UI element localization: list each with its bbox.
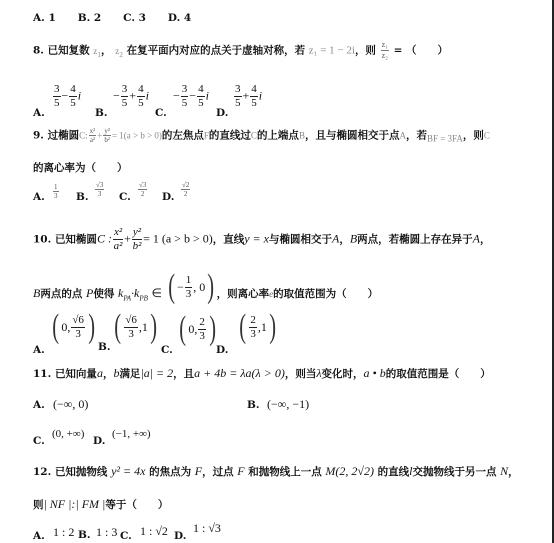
- q11-abs: |a| = 2: [140, 366, 173, 380]
- q8-fraction: z₁ z₂: [381, 40, 389, 61]
- q9-text4: 的上端点: [257, 130, 299, 142]
- q12-ratio: | NF |:| FM |: [44, 497, 106, 511]
- q9-option-d-label: D.: [162, 191, 174, 203]
- q8-z1: z1: [93, 46, 101, 56]
- q12-option-d-label: D.: [174, 530, 186, 542]
- q8-stem: 8. 已知复数 z1， z2 在复平面内对应的点关于虚轴对称，若 z₁ = 1 …: [33, 40, 448, 61]
- q12-N: N: [500, 464, 508, 478]
- q8-option-c-value: −35−45i: [173, 83, 209, 110]
- q9-vector-condition: BF = 3FA: [427, 134, 463, 144]
- q9-option-b-value: √33: [94, 181, 105, 198]
- q12-text9: 等于（ ）: [105, 499, 168, 511]
- q9-option-c-value: √32: [137, 181, 148, 198]
- q10-option-d-label: D.: [216, 344, 228, 356]
- q8-z2: z2: [115, 46, 123, 56]
- q9-text: 过椭圆: [48, 130, 80, 142]
- q8-blank: = （ ）: [394, 45, 448, 57]
- q12-number: 12.: [33, 466, 51, 478]
- q7-option-c: C. 3: [123, 12, 146, 24]
- q10-text2: ，直线: [213, 234, 245, 246]
- q10-eq: = 1 (a > b > 0): [143, 232, 213, 246]
- q12-M: M(2, 2√2): [325, 464, 374, 478]
- q10-text: 已知椭圆: [55, 234, 97, 246]
- q12-text4: 和抛物线上一点: [248, 466, 322, 478]
- q10-A2: A: [473, 232, 480, 246]
- q11-text6: 的取值范围是（ ）: [386, 368, 491, 380]
- q11-text2: 满足: [119, 368, 140, 380]
- q10-text5: 两点的点: [40, 288, 82, 300]
- q10-comma: ，: [339, 234, 350, 246]
- q8-text2: 在复平面内对应的点关于虚轴对称，若: [127, 45, 306, 57]
- q9-y-frac: y²b²: [103, 127, 111, 144]
- q10-text6: 使得: [93, 288, 114, 300]
- q8-number: 8.: [33, 45, 44, 57]
- q11-option-b-label: B.: [247, 399, 260, 411]
- q12-option-b-label: B.: [78, 529, 91, 541]
- q10-ellipse: C :: [97, 232, 112, 246]
- q12-option-a-value: 1 : 2: [53, 525, 74, 540]
- q11-number: 11.: [33, 368, 51, 380]
- q10-option-c-label: C.: [161, 344, 173, 356]
- q9-option-b-label: B.: [76, 191, 89, 203]
- q8-option-b-label: B.: [95, 107, 108, 119]
- q10-text8: 的取值范围为（ ）: [273, 288, 378, 300]
- q8-option-b-value: −35+45i: [113, 83, 149, 110]
- q8-option-c-label: C.: [155, 107, 167, 119]
- q11-option-a-label: A.: [33, 399, 45, 411]
- q9-option-a-value: 13: [52, 183, 60, 200]
- q8-option-d-label: D.: [216, 107, 228, 119]
- q11-comma: ，: [103, 368, 114, 380]
- q9-number: 9.: [33, 130, 44, 142]
- q9-stem: 9. 过椭圆C:x²a²+y²b²= 1(a > b > 0)的左焦点F的直线过…: [33, 127, 490, 144]
- q12-stem-line2: 则| NF |:| FM |等于（ ）: [33, 497, 168, 512]
- q12-text7: ，: [508, 466, 519, 478]
- q12-stem: 12. 已知抛物线 y² = 4x 的焦点为 F，过点 F 和抛物线上一点 M(…: [33, 464, 519, 479]
- q8-frac-den: z₂: [382, 51, 388, 61]
- q10-x-frac: x²a²: [113, 226, 123, 253]
- q11-option-d-value: (−1, +∞): [112, 428, 151, 440]
- q12-text3: ，过点: [202, 466, 234, 478]
- q12-option-b-value: 1 : 3: [96, 525, 117, 540]
- q11-option-b-value: (−∞, −1): [267, 397, 309, 412]
- q12-parabola: y² = 4x: [111, 464, 145, 478]
- q10-in: ∈: [152, 286, 162, 300]
- q11-stem: 11. 已知向量a，b满足|a| = 2，且a + 4b = λa(λ > 0)…: [33, 366, 491, 381]
- q9-ellipse: C:: [79, 131, 88, 141]
- q11-text5: 变化时，: [322, 368, 364, 380]
- q11-text3: ，且: [173, 368, 194, 380]
- q11-eq: a + 4b = λa(λ > 0): [194, 366, 285, 380]
- q12-text6: 交抛物线于另一点: [413, 466, 497, 478]
- q12-text5: 的直线: [378, 466, 410, 478]
- q11-option-c-value: (0, +∞): [52, 428, 84, 440]
- q7-option-b: B. 2: [78, 12, 102, 24]
- q8-condition: z₁ = 1 − 2i: [309, 45, 355, 57]
- q11-option-d-label: D.: [93, 435, 105, 447]
- q7-options: A. 1 B. 2 C. 3 D. 4: [33, 12, 191, 24]
- q9-option-d-value: √22: [180, 181, 191, 198]
- q10-option-a-value: (0,√63): [50, 312, 97, 342]
- q9-C2: C: [484, 131, 490, 141]
- q12-F2: F: [237, 464, 244, 478]
- q10-slope-product: kPA·kPB: [118, 286, 148, 300]
- q12-option-c-label: C.: [120, 530, 132, 542]
- q10-number: 10.: [33, 234, 51, 246]
- q9-stem-line2: 的离心率为（ ）: [33, 160, 128, 175]
- q10-option-d-value: (23,1): [237, 312, 278, 342]
- q11-text: 已知向量: [55, 368, 97, 380]
- q12-text: 已知抛物线: [55, 466, 108, 478]
- q9-option-c-label: C.: [119, 191, 131, 203]
- q9-text6: ，若: [406, 130, 427, 142]
- q8-frac-num: z₁: [381, 40, 389, 51]
- q10-option-b-label: B.: [98, 341, 111, 353]
- q9-text2: 的左焦点: [162, 130, 204, 142]
- q8-option-a-label: A.: [33, 107, 45, 119]
- q9-text7: ，则: [463, 130, 484, 142]
- q8-text3: ，则: [355, 45, 376, 57]
- q11-option-c-label: C.: [33, 435, 45, 447]
- q10-option-c-value: (0,23): [177, 314, 218, 344]
- q10-text3: 与椭圆相交于: [269, 234, 332, 246]
- q12-option-a-label: A.: [33, 530, 45, 542]
- q8-sep: ，: [101, 45, 112, 57]
- q10-y-frac: y²b²: [132, 226, 142, 253]
- q10-option-b-value: (√63,1): [112, 312, 159, 342]
- q12-text2: 的焦点为: [149, 466, 191, 478]
- q8-option-a-value: 35−45i: [52, 83, 81, 110]
- q11-dot: a • b: [364, 366, 386, 380]
- q10-stem: 10. 已知椭圆C :x²a²+y²b²= 1 (a > b > 0)，直线y …: [33, 226, 491, 253]
- q11-text4: ，则当: [285, 368, 317, 380]
- q12-text8: 则: [33, 499, 44, 511]
- q12-option-c-value: 1 : √2: [140, 524, 168, 539]
- q10-comma2: ，: [480, 234, 491, 246]
- q10-text4: 两点，若椭圆上存在异于: [357, 234, 473, 246]
- q12-F: F: [195, 464, 202, 478]
- q9-x-frac: x²a²: [89, 127, 97, 144]
- q8-option-d-value: 35+45i: [233, 83, 262, 110]
- q9-eq: = 1: [112, 131, 124, 141]
- q10-option-a-label: A.: [33, 344, 45, 356]
- q10-range: (−13, 0): [166, 272, 217, 302]
- q12-option-d-value: 1 : √3: [193, 521, 221, 536]
- q9-text5: ，且与椭圆相交于点: [305, 130, 400, 142]
- q9-text3: 的直线过: [209, 130, 251, 142]
- q7-option-d: D. 4: [168, 12, 191, 24]
- q10-line-eq: y = x: [244, 232, 269, 246]
- q8-text: 已知复数: [48, 45, 90, 57]
- q7-option-a: A. 1: [33, 12, 56, 24]
- q11-option-a-value: (−∞, 0): [53, 397, 88, 412]
- q9-cond: (a > b > 0): [124, 131, 162, 141]
- q10-text7: ，则离心率: [217, 288, 270, 300]
- q10-stem-line2: B两点的点 P使得 kPA·kPB ∈ (−13, 0)，则离心率e的取值范围为…: [33, 272, 378, 302]
- q9-option-a-label: A.: [33, 191, 45, 203]
